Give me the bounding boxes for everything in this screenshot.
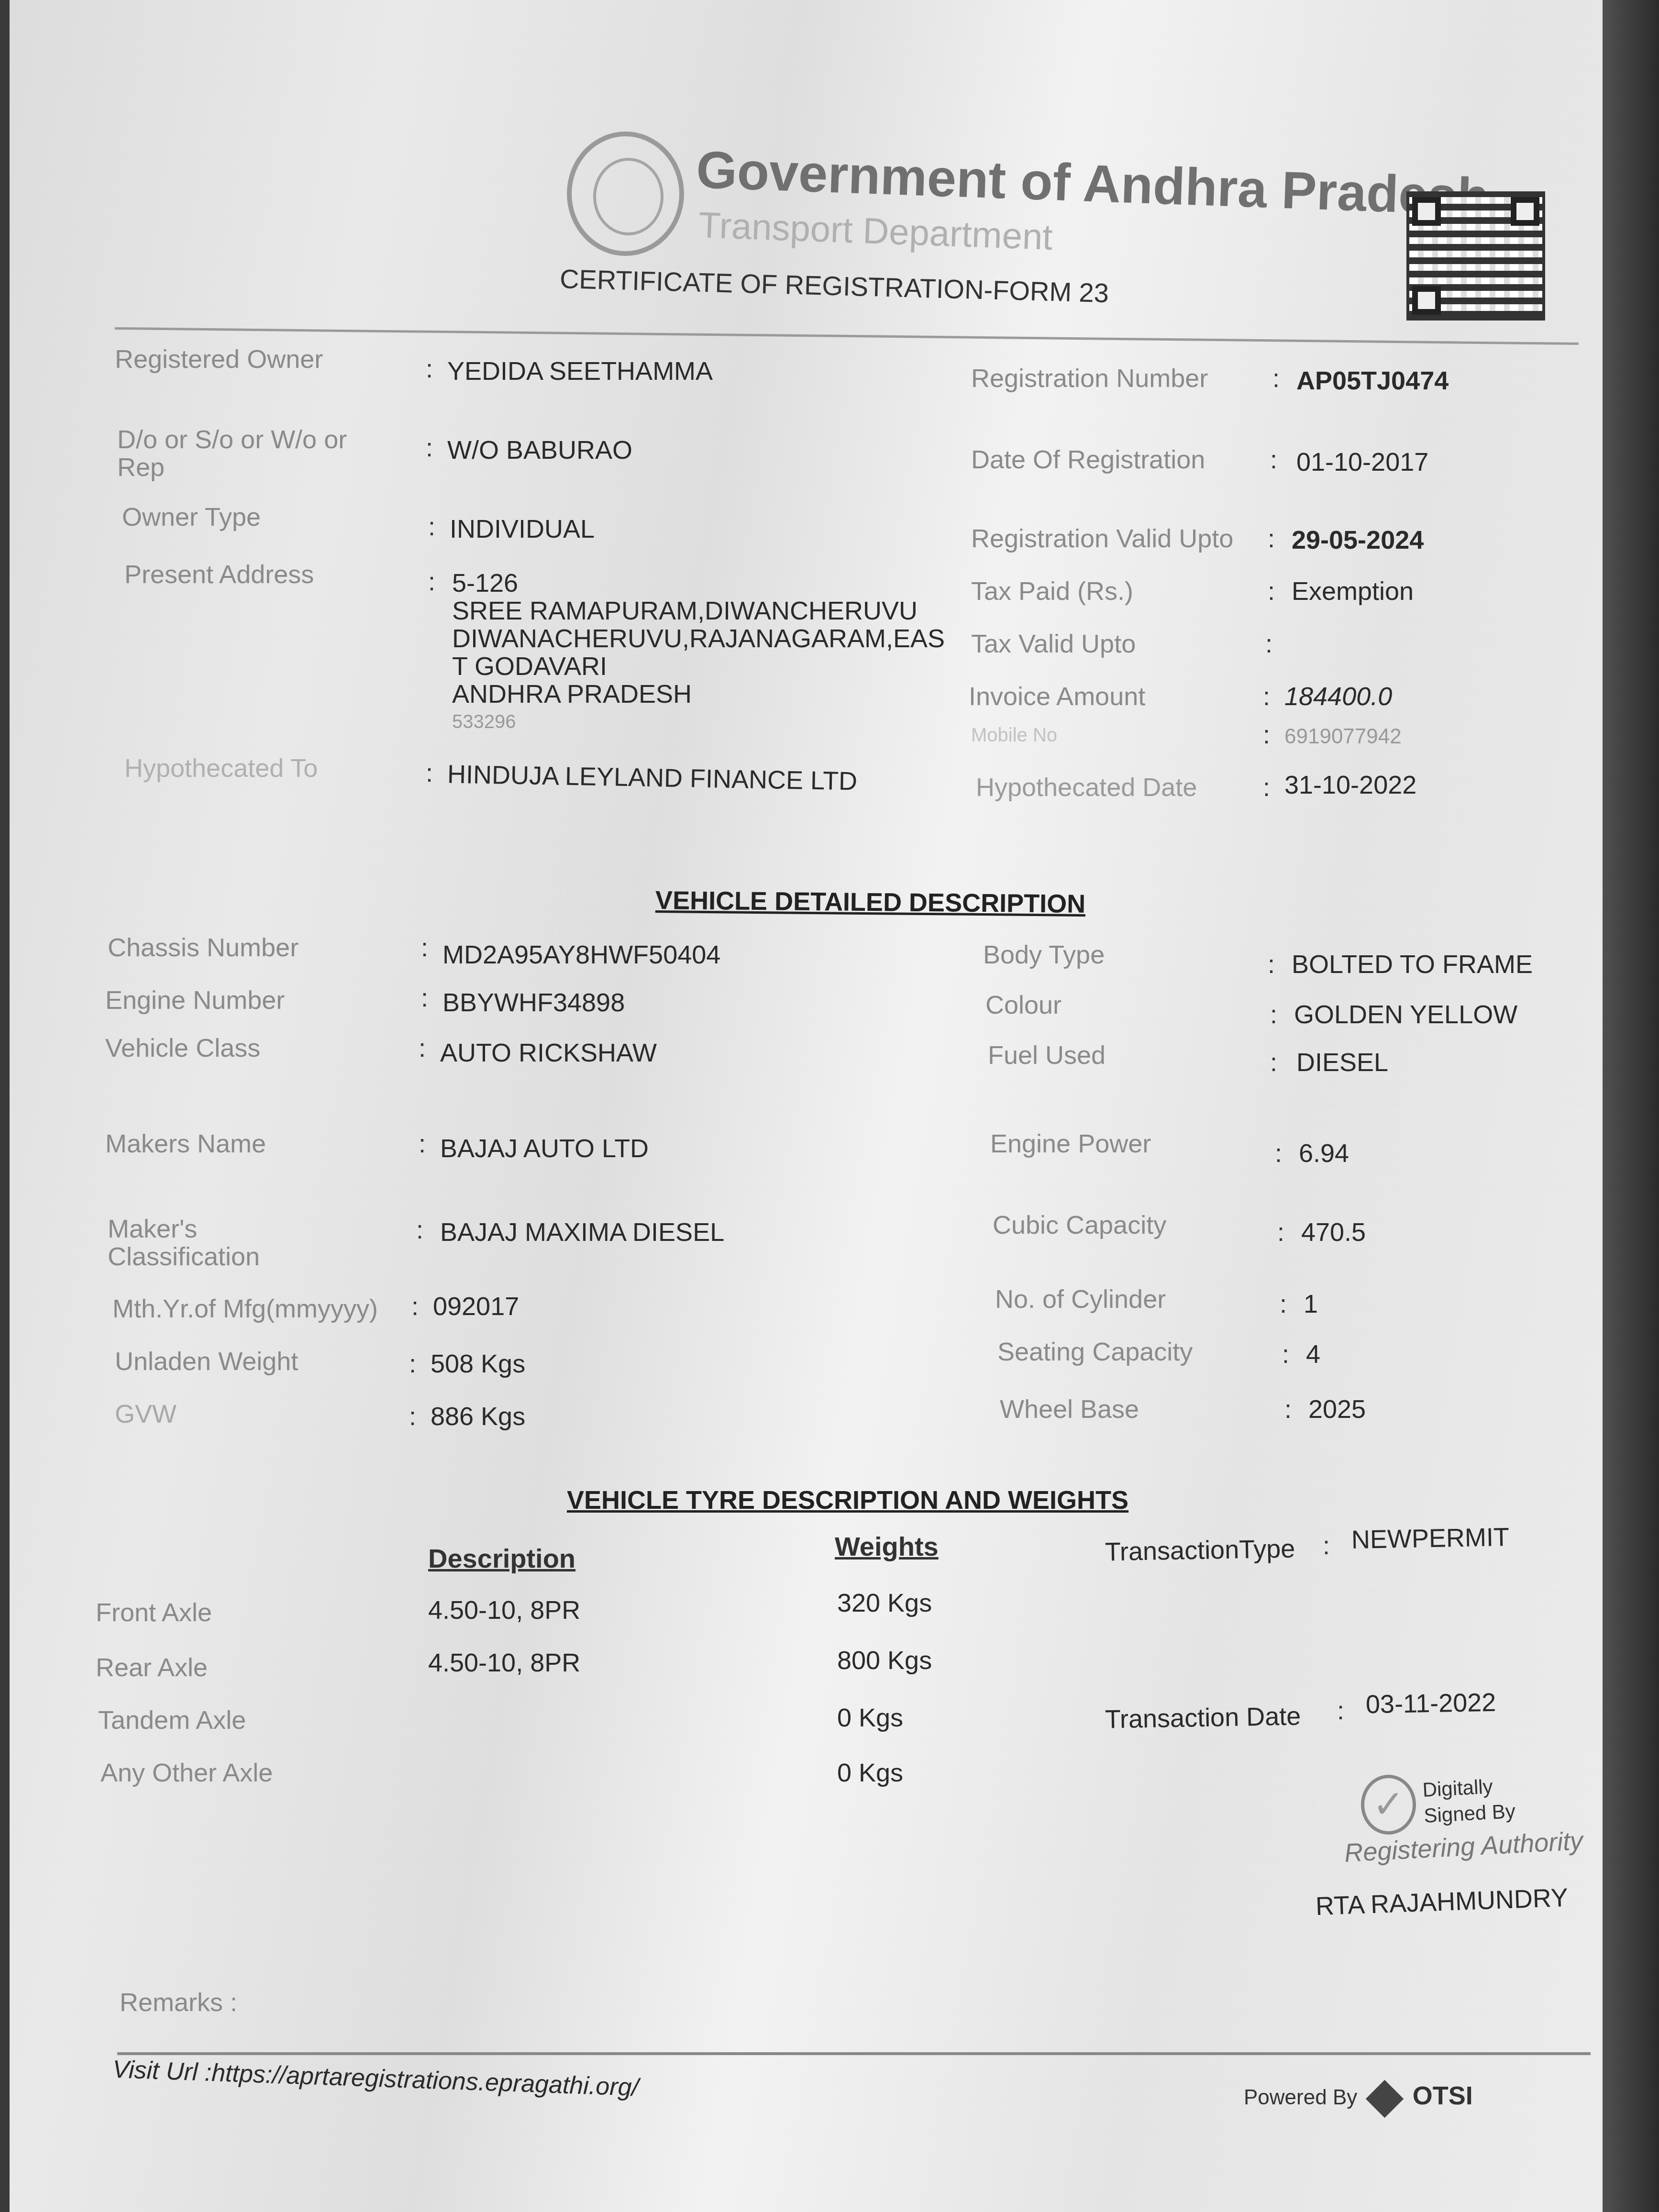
colon: : xyxy=(1337,1696,1344,1725)
axle-weight: 0 Kgs xyxy=(837,1703,903,1733)
colon: : xyxy=(1284,1394,1292,1424)
vehicle-section-title: VEHICLE DETAILED DESCRIPTION xyxy=(655,885,1086,919)
colour-label: Colour xyxy=(985,990,1062,1020)
colon: : xyxy=(411,1292,419,1321)
unladen-weight-label: Unladen Weight xyxy=(115,1347,298,1376)
axle-label: Any Other Axle xyxy=(100,1758,273,1788)
transaction-date-label: Transaction Date xyxy=(1105,1701,1301,1734)
address-value: 5-126 SREE RAMAPURAM,DIWANCHERUVU DIWANA… xyxy=(452,569,945,736)
hypothecated-date-value: 31-10-2022 xyxy=(1284,770,1416,800)
gvw-value: 886 Kgs xyxy=(431,1402,525,1431)
colon: : xyxy=(421,983,428,1013)
colon: : xyxy=(1282,1339,1289,1369)
colon: : xyxy=(1323,1531,1330,1560)
colon: : xyxy=(409,1349,416,1379)
visit-url-link[interactable]: Visit Url :https://aprtaregistrations.ep… xyxy=(112,2055,639,2102)
registration-date-label: Date Of Registration xyxy=(971,445,1205,475)
divider xyxy=(115,327,1579,345)
signed-line2: Signed By xyxy=(1423,1798,1516,1829)
engine-power-value: 6.94 xyxy=(1299,1139,1349,1168)
cubic-capacity-label: Cubic Capacity xyxy=(993,1210,1166,1240)
axle-label: Front Axle xyxy=(96,1598,212,1627)
makers-name-value: BAJAJ AUTO LTD xyxy=(440,1134,649,1163)
axle-weight: 0 Kgs xyxy=(837,1758,903,1788)
owner-type-value: INDIVIDUAL xyxy=(450,514,595,544)
form-title: CERTIFICATE OF REGISTRATION-FORM 23 xyxy=(559,263,1109,309)
colon: : xyxy=(1268,524,1275,553)
body-type-label: Body Type xyxy=(983,940,1105,970)
qr-code-icon xyxy=(1406,191,1545,321)
tax-valid-label: Tax Valid Upto xyxy=(971,629,1136,659)
chassis-number-value: MD2A95AY8HWF50404 xyxy=(442,940,720,970)
unladen-weight-value: 508 Kgs xyxy=(431,1349,525,1379)
colon: : xyxy=(426,354,433,384)
registration-valid-value: 29-05-2024 xyxy=(1292,525,1424,555)
state-emblem-icon xyxy=(567,132,684,256)
manufacture-date-label: Mth.Yr.of Mfg(mmyyyy) xyxy=(112,1294,378,1324)
cubic-capacity-value: 470.5 xyxy=(1301,1217,1366,1247)
registering-authority-value: RTA RAJAHMUNDRY xyxy=(1315,1883,1569,1921)
colon: : xyxy=(1270,1000,1277,1029)
transaction-type-value: NEWPERMIT xyxy=(1351,1522,1509,1555)
address-line: 533296 xyxy=(452,708,945,736)
powered-by: Powered By OTSI xyxy=(1244,2081,1473,2117)
colon: : xyxy=(419,1129,426,1159)
makers-name-label: Makers Name xyxy=(105,1129,266,1159)
colon: : xyxy=(1280,1289,1287,1319)
tyre-section-title: VEHICLE TYRE DESCRIPTION AND WEIGHTS xyxy=(567,1485,1128,1515)
seating-capacity-value: 4 xyxy=(1306,1339,1320,1369)
registration-number-label: Registration Number xyxy=(971,364,1208,393)
engine-power-label: Engine Power xyxy=(990,1129,1151,1159)
footer-divider xyxy=(117,2052,1591,2055)
tax-paid-value: Exemption xyxy=(1292,576,1414,606)
colon: : xyxy=(419,1033,426,1063)
engine-number-value: BBYWHF34898 xyxy=(442,988,625,1018)
colon: : xyxy=(421,933,428,962)
owner-type-label: Owner Type xyxy=(122,502,261,532)
vendor-name: OTSI xyxy=(1413,2081,1473,2110)
digital-signature-check-icon: ✓ xyxy=(1361,1775,1416,1835)
hypothecated-date-label: Hypothecated Date xyxy=(976,773,1197,802)
colon: : xyxy=(428,567,435,597)
powered-by-label: Powered By xyxy=(1244,2086,1357,2109)
remarks-label: Remarks : xyxy=(120,1988,237,2017)
transaction-type-label: TransactionType xyxy=(1105,1534,1295,1567)
makers-classification-label: Maker's Classification xyxy=(108,1215,309,1271)
signed-line1: Digitally xyxy=(1422,1772,1515,1803)
registered-owner-value: YEDIDA SEETHAMMA xyxy=(447,356,713,386)
colon: : xyxy=(409,1402,416,1431)
description-column-header: Description xyxy=(428,1543,575,1574)
hypothecated-to-value: HINDUJA LEYLAND FINANCE LTD xyxy=(447,760,858,796)
registration-number-value: AP05TJ0474 xyxy=(1296,366,1449,396)
weights-column-header: Weights xyxy=(835,1531,939,1562)
tyre-description: 4.50-10, 8PR xyxy=(428,1595,580,1625)
relation-value: W/O BABURAO xyxy=(447,435,632,465)
fuel-used-label: Fuel Used xyxy=(988,1040,1106,1070)
tyre-description: 4.50-10, 8PR xyxy=(428,1648,580,1678)
body-type-value: BOLTED TO FRAME xyxy=(1292,950,1533,979)
address-line: T GODAVARI xyxy=(452,653,945,680)
tax-paid-label: Tax Paid (Rs.) xyxy=(971,576,1133,606)
invoice-amount-label: Invoice Amount xyxy=(969,682,1145,711)
axle-label: Tandem Axle xyxy=(98,1705,246,1735)
colon: : xyxy=(428,512,435,542)
colon: : xyxy=(416,1215,423,1245)
relation-label: D/o or S/o or W/o or Rep xyxy=(117,426,347,481)
otsi-logo-icon xyxy=(1366,2080,1404,2118)
colon: : xyxy=(1275,1139,1282,1168)
registration-valid-label: Registration Valid Upto xyxy=(971,524,1233,553)
relation-label-line2: Rep xyxy=(117,453,347,481)
colon: : xyxy=(1277,1217,1284,1247)
colon: : xyxy=(1268,576,1275,606)
registered-owner-label: Registered Owner xyxy=(115,344,323,374)
colon: : xyxy=(1263,720,1270,750)
address-line: DIWANACHERUVU,RAJANAGARAM,EAS xyxy=(452,625,945,653)
axle-weight: 320 Kgs xyxy=(837,1588,932,1618)
colon: : xyxy=(1270,445,1277,475)
colon: : xyxy=(1265,629,1272,659)
colon: : xyxy=(426,758,433,788)
address-line: 5-126 xyxy=(452,569,945,597)
colour-value: GOLDEN YELLOW xyxy=(1294,1000,1517,1029)
fuel-used-value: DIESEL xyxy=(1296,1048,1388,1077)
cylinders-value: 1 xyxy=(1304,1289,1318,1319)
transaction-date-value: 03-11-2022 xyxy=(1365,1688,1496,1720)
mobile-label: Mobile No xyxy=(971,725,1057,746)
hypothecated-to-label: Hypothecated To xyxy=(124,753,318,783)
makers-classification-value: BAJAJ MAXIMA DIESEL xyxy=(440,1217,724,1247)
address-label: Present Address xyxy=(124,560,314,589)
invoice-amount-value: 184400.0 xyxy=(1284,682,1392,711)
axle-label: Rear Axle xyxy=(96,1653,208,1682)
digitally-signed-text: Digitally Signed By xyxy=(1422,1772,1516,1829)
chassis-number-label: Chassis Number xyxy=(108,933,299,962)
registration-date-value: 01-10-2017 xyxy=(1296,447,1428,477)
mobile-value: 6919077942 xyxy=(1284,725,1402,749)
colon: : xyxy=(1268,950,1275,979)
gvw-label: GVW xyxy=(115,1399,177,1429)
colon: : xyxy=(1263,682,1270,711)
address-line: SREE RAMAPURAM,DIWANCHERUVU xyxy=(452,597,945,625)
axle-weight: 800 Kgs xyxy=(837,1646,932,1675)
wheel-base-value: 2025 xyxy=(1308,1394,1366,1424)
colon: : xyxy=(1263,773,1270,802)
engine-number-label: Engine Number xyxy=(105,985,285,1015)
colon: : xyxy=(426,433,433,463)
vehicle-class-value: AUTO RICKSHAW xyxy=(440,1038,657,1068)
relation-label-line1: D/o or S/o or W/o or xyxy=(117,426,347,453)
colon: : xyxy=(1270,1048,1277,1077)
registration-certificate: Government of Andhra Pradesh Transport D… xyxy=(10,0,1603,2212)
department-title: Transport Department xyxy=(698,204,1053,258)
manufacture-date-value: 092017 xyxy=(433,1292,519,1321)
address-line: ANDHRA PRADESH xyxy=(452,680,945,708)
vehicle-class-label: Vehicle Class xyxy=(105,1033,260,1063)
cylinders-label: No. of Cylinder xyxy=(995,1284,1166,1314)
colon: : xyxy=(1272,364,1280,393)
wheel-base-label: Wheel Base xyxy=(1000,1394,1139,1424)
seating-capacity-label: Seating Capacity xyxy=(997,1337,1193,1367)
